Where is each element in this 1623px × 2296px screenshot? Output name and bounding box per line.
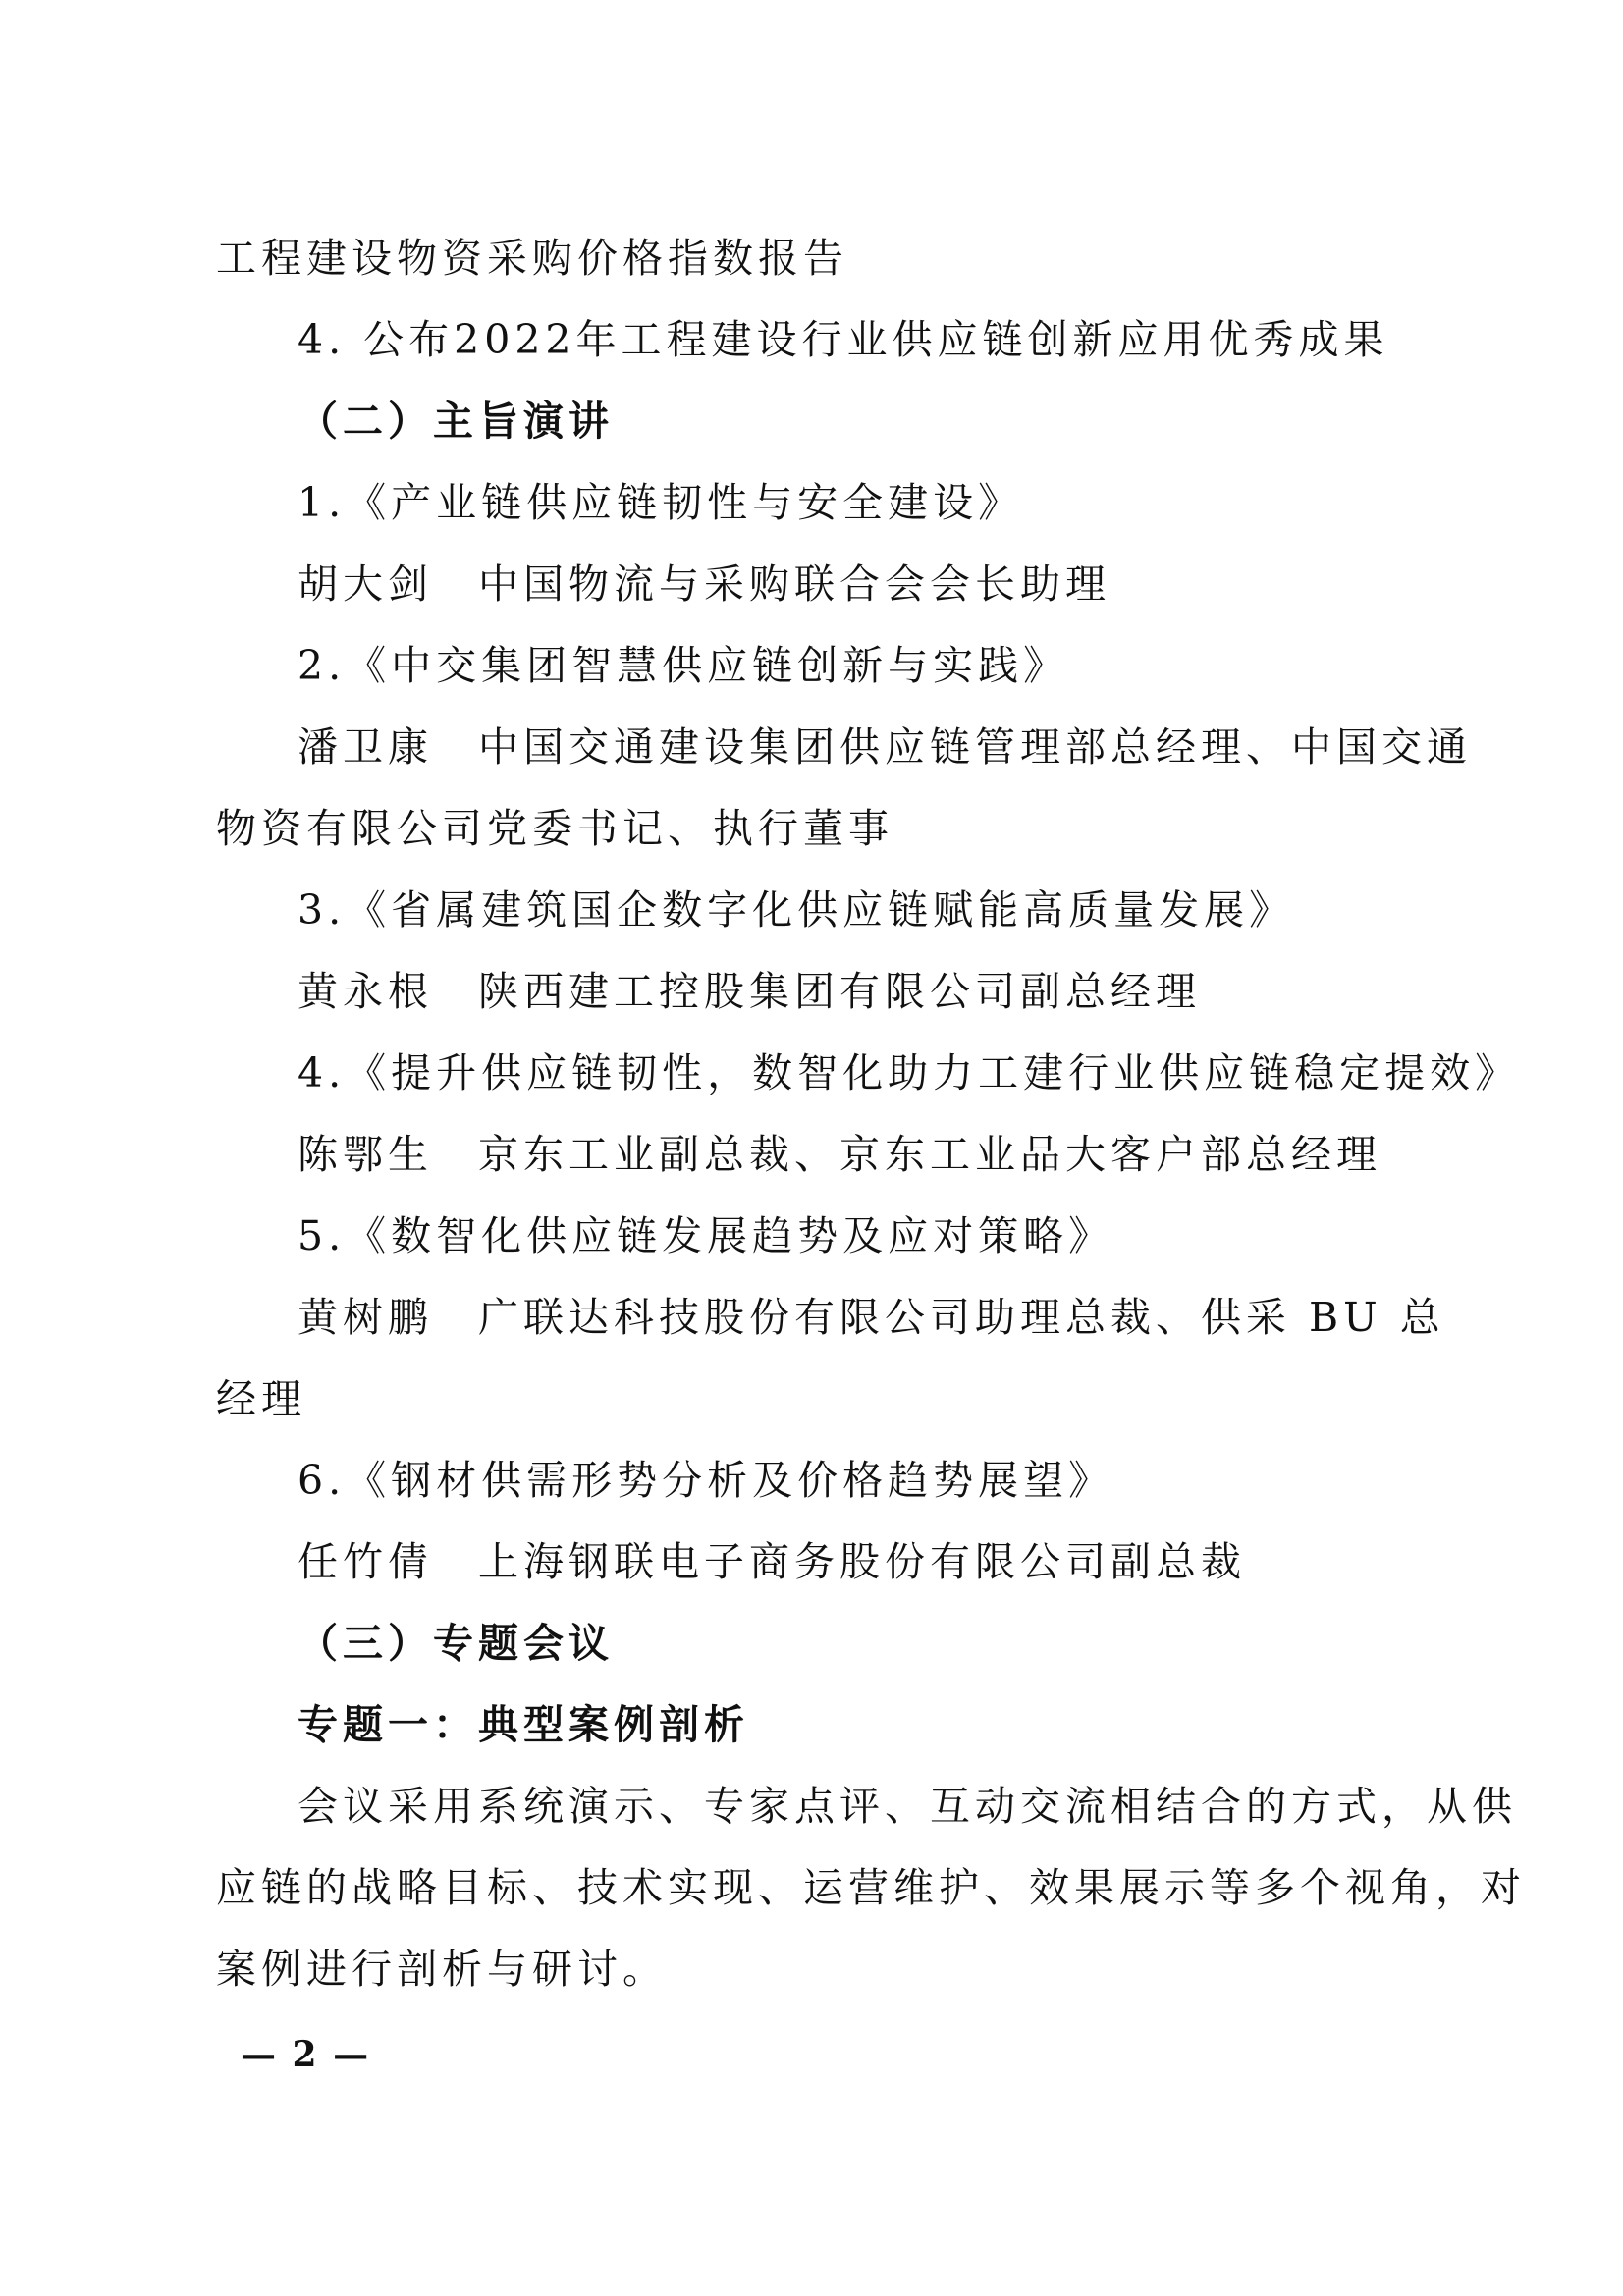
speech-title-3: 3.《省属建筑国企数字化供应链赋能高质量发展》 xyxy=(298,882,1414,937)
paragraph-line-2: 应链的战略目标、技术实现、运营维护、效果展示等多个视角，对 xyxy=(216,1860,1414,1915)
speaker-1: 胡大剑 中国物流与采购联合会会长助理 xyxy=(298,557,1414,612)
speaker-5: 黄树鹏 广联达科技股份有限公司助理总裁、供采 BU 总 xyxy=(298,1290,1414,1345)
document-page: 工程建设物资采购价格指数报告 4. 公布2022年工程建设行业供应链创新应用优秀… xyxy=(0,0,1623,2296)
topic-heading-1: 专题一：典型案例剖析 xyxy=(298,1697,1414,1752)
speaker-5-continuation: 经理 xyxy=(216,1371,1414,1426)
speech-title-1: 1.《产业链供应链韧性与安全建设》 xyxy=(298,475,1414,530)
speech-title-6: 6.《钢材供需形势分析及价格趋势展望》 xyxy=(298,1453,1414,1508)
paragraph-line-3: 案例进行剖析与研讨。 xyxy=(216,1942,1414,1997)
speech-title-4: 4.《提升供应链韧性，数智化助力工建行业供应链稳定提效》 xyxy=(298,1045,1414,1100)
section-heading-topic-meetings: （三）专题会议 xyxy=(298,1616,1414,1671)
agenda-item-4: 4. 公布2022年工程建设行业供应链创新应用优秀成果 xyxy=(298,312,1414,367)
report-title-continuation: 工程建设物资采购价格指数报告 xyxy=(216,231,1414,286)
speech-title-2: 2.《中交集团智慧供应链创新与实践》 xyxy=(298,638,1414,693)
speech-title-5: 5.《数智化供应链发展趋势及应对策略》 xyxy=(298,1208,1414,1263)
page-number: — 2 — xyxy=(241,2030,370,2079)
speaker-4: 陈鄂生 京东工业副总裁、京东工业品大客户部总经理 xyxy=(298,1127,1414,1182)
speaker-2: 潘卫康 中国交通建设集团供应链管理部总经理、中国交通 xyxy=(298,720,1414,774)
speaker-6: 任竹倩 上海钢联电子商务股份有限公司副总裁 xyxy=(298,1534,1414,1589)
speaker-2-continuation: 物资有限公司党委书记、执行董事 xyxy=(216,801,1414,856)
paragraph-line-1: 会议采用系统演示、专家点评、互动交流相结合的方式，从供 xyxy=(298,1779,1414,1834)
section-heading-keynote: （二）主旨演讲 xyxy=(298,394,1414,449)
speaker-3: 黄永根 陕西建工控股集团有限公司副总经理 xyxy=(298,964,1414,1019)
